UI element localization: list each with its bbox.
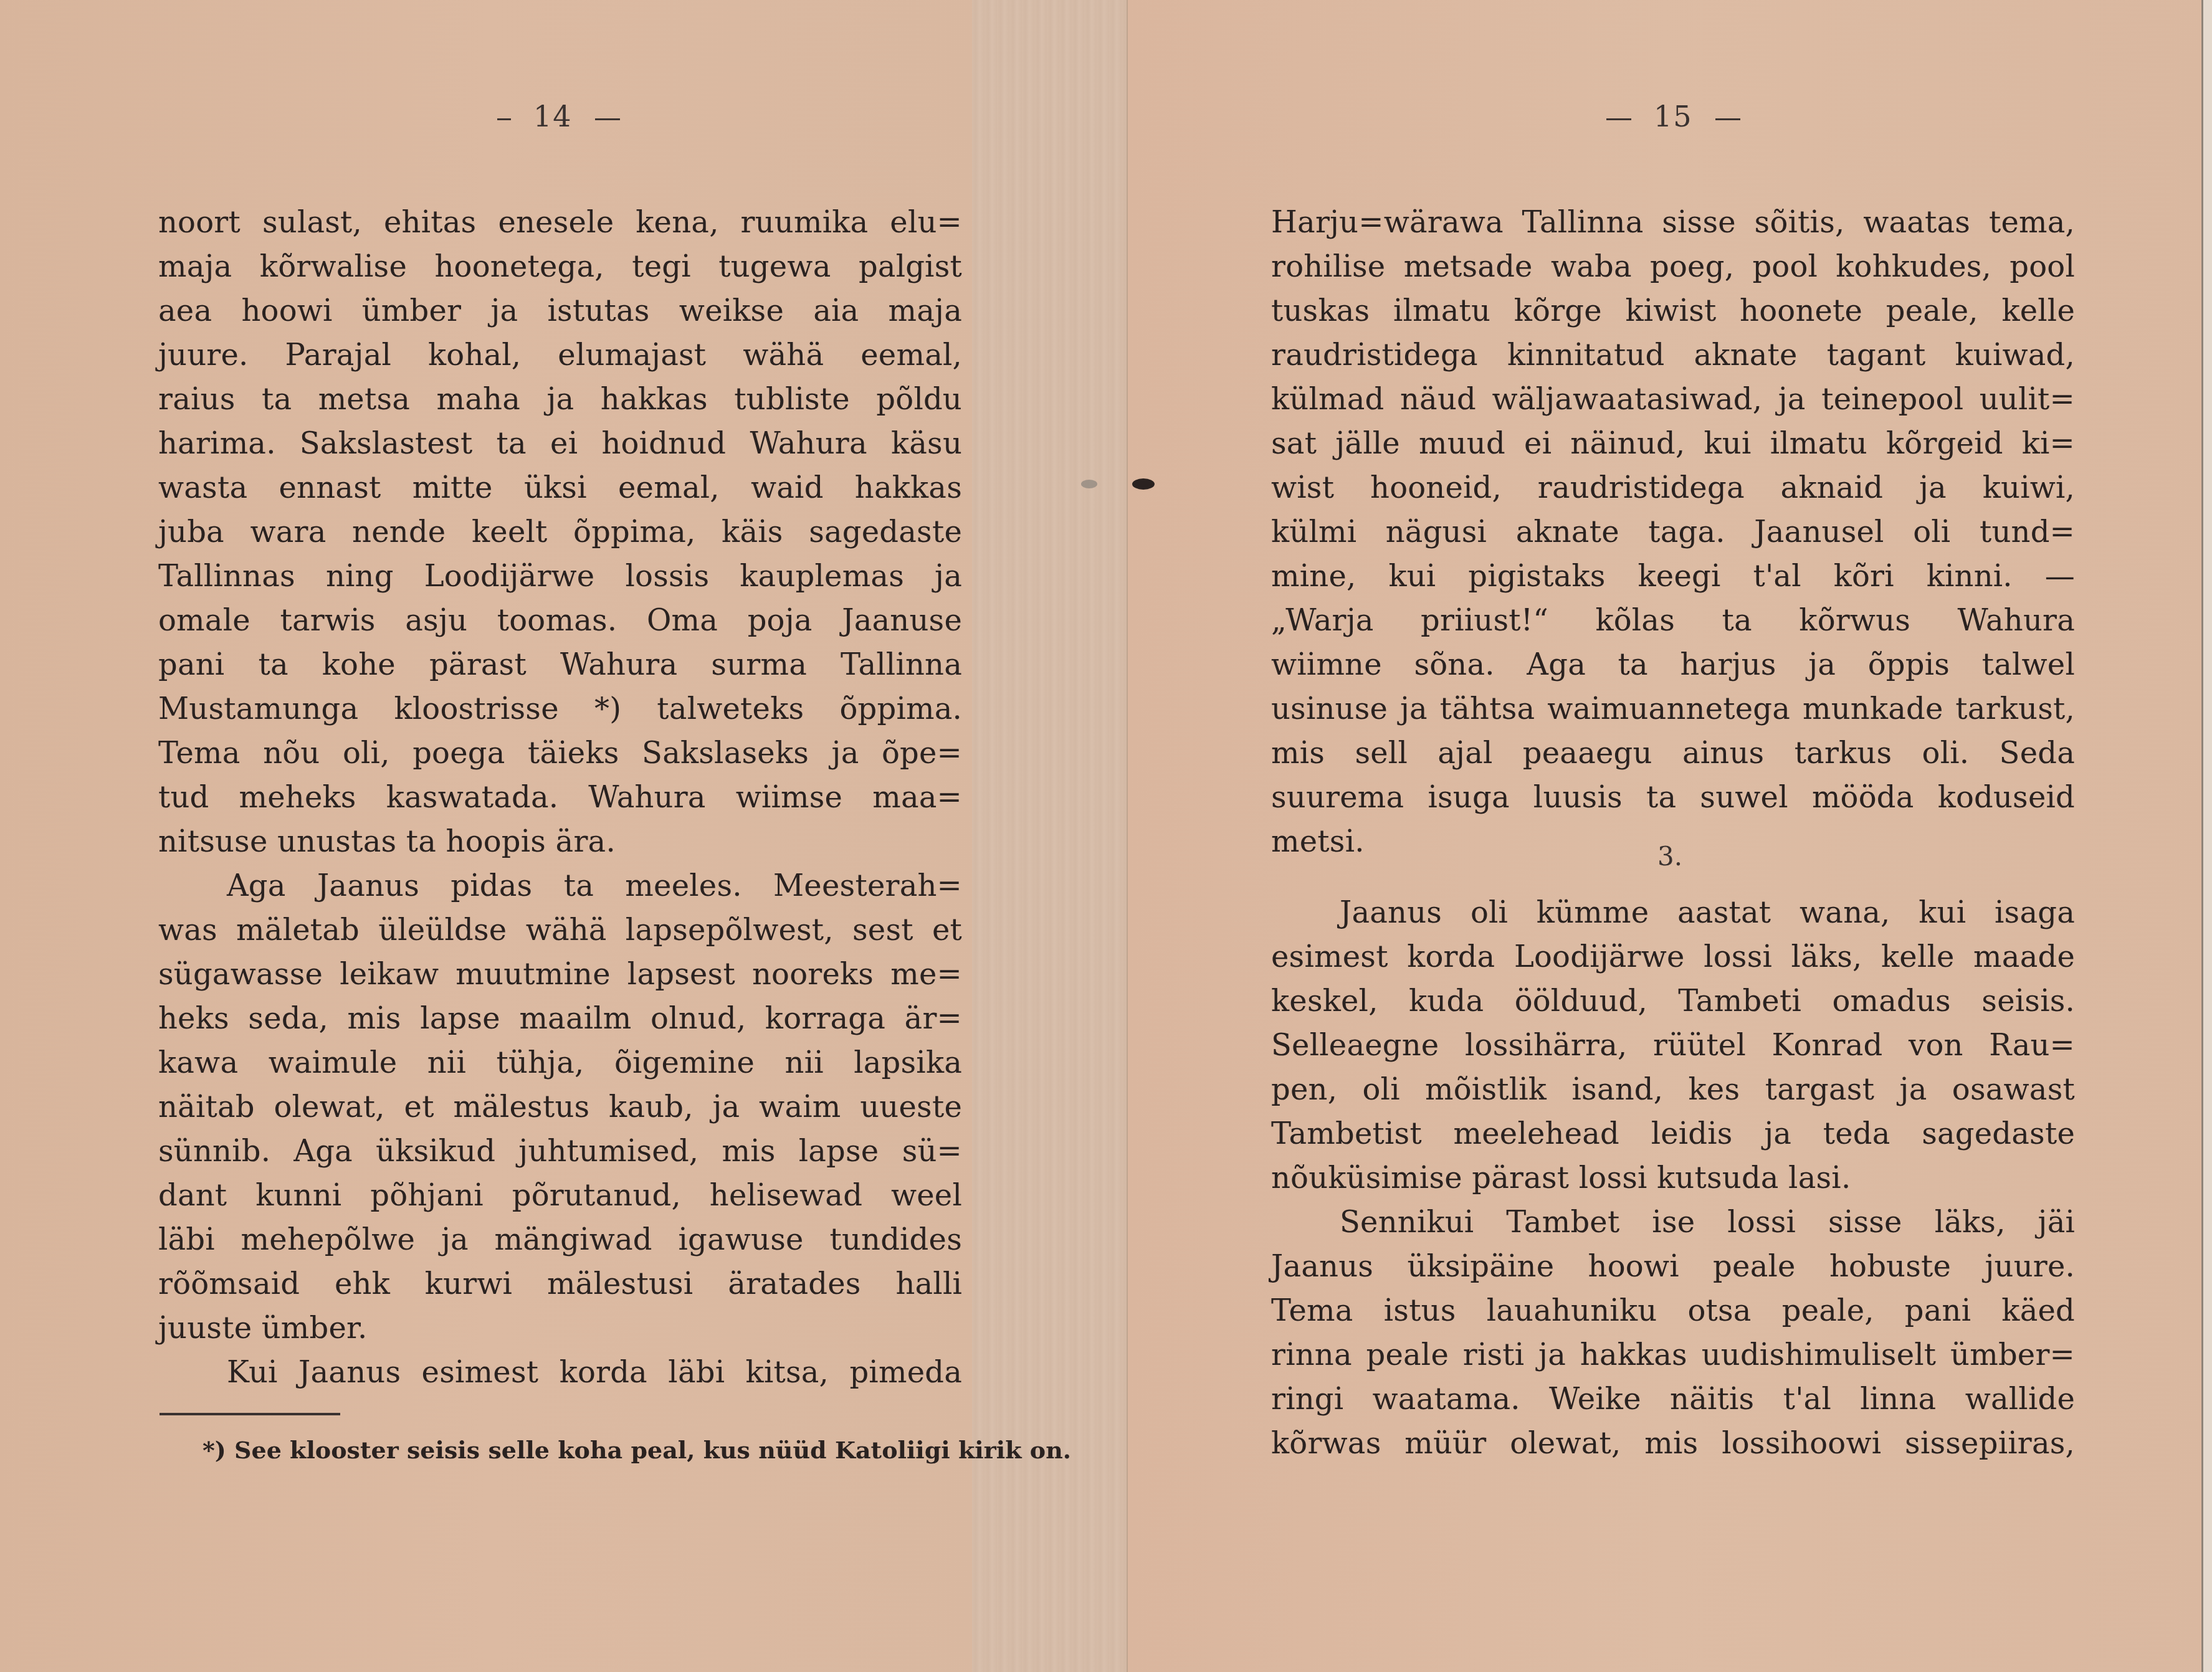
paragraph-start-line: Sennikui Tambet ise lossi sisse läks, jä…	[1271, 1200, 2075, 1245]
ink-spot	[1081, 480, 1097, 488]
text-line: nõuküsimise pärast lossi kutsuda lasi.	[1271, 1156, 2075, 1200]
section-number: 3.	[1657, 841, 1682, 872]
book-gutter	[972, 0, 1128, 1672]
text-line: läbi mehepõlwe ja mängiwad igawuse tundi…	[158, 1218, 962, 1262]
ink-spot	[1132, 478, 1155, 490]
text-line: Jaanus üksipäine hoowi peale hobuste juu…	[1271, 1245, 2075, 1289]
text-line: usinuse ja tähtsa waimuannetega munkade …	[1271, 687, 2075, 731]
text-line: sünnib. Aga üksikud juhtumised, mis laps…	[158, 1129, 962, 1174]
text-line: was mäletab üleüldse wähä lapsepõlwest, …	[158, 908, 962, 952]
text-line: Harju=wärawa Tallinna sisse sõitis, waat…	[1271, 201, 2075, 245]
text-line: nitsuse unustas ta hoopis ära.	[158, 820, 962, 864]
text-line: külmad näud wäljawaatasiwad, ja teinepoo…	[1271, 378, 2075, 422]
text-line: raudristidega kinnitatud aknate tagant k…	[1271, 333, 2075, 378]
text-line: suurema isuga luusis ta suwel mööda kodu…	[1271, 776, 2075, 820]
text-line: dant kunni põhjani põrutanud, helisewad …	[158, 1174, 962, 1218]
right-page-body-text-part-2: Jaanus oli kümme aastat wana, kui isaga …	[1271, 891, 2075, 1466]
text-line: Selleaegne lossihärra, rüütel Konrad von…	[1271, 1024, 2075, 1068]
page-number-text: 15	[1654, 100, 1693, 133]
text-line: aea hoowi ümber ja istutas weikse aia ma…	[158, 289, 962, 333]
text-line: Tambetist meelehead leidis ja teda saged…	[1271, 1112, 2075, 1156]
text-line: Mustamunga kloostrisse *) talweteks õppi…	[158, 687, 962, 731]
text-line: sat jälle muud ei näinud, kui ilmatu kõr…	[1271, 422, 2075, 466]
text-line: wasta ennast mitte üksi eemal, waid hakk…	[158, 466, 962, 510]
text-line: pen, oli mõistlik isand, kes targast ja …	[1271, 1068, 2075, 1112]
text-line: noort sulast, ehitas enesele kena, ruumi…	[158, 201, 962, 245]
page-number-right: 15	[1589, 100, 1758, 133]
text-line: Tema nõu oli, poega täieks Sakslaseks ja…	[158, 731, 962, 776]
text-line: juure. Parajal kohal, elumajast wähä eem…	[158, 333, 962, 378]
text-line: harima. Sakslastest ta ei hoidnud Wahura…	[158, 422, 962, 466]
text-line: maja kõrwalise hoonetega, tegi tugewa pa…	[158, 245, 962, 289]
text-line: esimest korda Loodijärwe lossi läks, kel…	[1271, 935, 2075, 979]
text-line: sügawasse leikaw muutmine lapsest noorek…	[158, 952, 962, 997]
text-line: tud meheks kaswatada. Wahura wiimse maa=	[158, 776, 962, 820]
text-line: juba wara nende keelt õppima, käis saged…	[158, 510, 962, 554]
text-line: heks seda, mis lapse maailm olnud, korra…	[158, 997, 962, 1041]
text-line: raius ta metsa maha ja hakkas tubliste p…	[158, 378, 962, 422]
text-line: juuste ümber.	[158, 1306, 962, 1351]
text-line: näitab olewat, et mälestus kaub, ja waim…	[158, 1085, 962, 1129]
page-number-left: 14	[480, 100, 637, 133]
text-line: rohilise metsade waba poeg, pool kohkude…	[1271, 245, 2075, 289]
footnote-rule	[160, 1413, 340, 1415]
text-line: rõõmsaid ehk kurwi mälestusi äratades ha…	[158, 1262, 962, 1306]
left-page-body-text: noort sulast, ehitas enesele kena, ruumi…	[158, 201, 962, 1395]
book-spread: 14 noort sulast, ehitas enesele kena, ru…	[0, 0, 2212, 1672]
footnote: *) See klooster seisis selle koha peal, …	[203, 1436, 1071, 1464]
paragraph-start-line: Kui Jaanus esimest korda läbi kitsa, pim…	[158, 1351, 962, 1395]
text-line: rinna peale risti ja hakkas uudishimulis…	[1271, 1333, 2075, 1377]
text-line: Tema istus lauahuniku otsa peale, pani k…	[1271, 1289, 2075, 1333]
text-line: Tallinnas ning Loodijärwe lossis kauplem…	[158, 554, 962, 599]
text-line: wist hooneid, raudristidega aknaid ja ku…	[1271, 466, 2075, 510]
text-line: ringi waatama. Weike näitis t'al linna w…	[1271, 1377, 2075, 1422]
text-line: kõrwas müür olewat, mis lossihoowi sisse…	[1271, 1422, 2075, 1466]
text-line: mine, kui pigistaks keegi t'al kõri kinn…	[1271, 554, 2075, 599]
text-line: pani ta kohe pärast Wahura surma Tallinn…	[158, 643, 962, 687]
background-beyond-page	[2203, 0, 2212, 1672]
right-page-body-text-part-1: Harju=wärawa Tallinna sisse sõitis, waat…	[1271, 201, 2075, 864]
text-line: wiimne sõna. Aga ta harjus ja õppis talw…	[1271, 643, 2075, 687]
text-line: „Warja priiust!“ kõlas ta kõrwus Wahura	[1271, 599, 2075, 643]
text-line: keskel, kuda öölduud, Tambeti omadus sei…	[1271, 979, 2075, 1024]
text-line: kawa waimule nii tühja, õigemine nii lap…	[158, 1041, 962, 1085]
text-line: omale tarwis asju toomas. Oma poja Jaanu…	[158, 599, 962, 643]
text-line: külmi nägusi aknate taga. Jaanusel oli t…	[1271, 510, 2075, 554]
page-number-text: 14	[533, 100, 573, 133]
paragraph-start-line: Jaanus oli kümme aastat wana, kui isaga	[1271, 891, 2075, 935]
text-line: mis sell ajal peaaegu ainus tarkus oli. …	[1271, 731, 2075, 776]
paragraph-start-line: Aga Jaanus pidas ta meeles. Meesterah=	[158, 864, 962, 908]
text-line: tuskas ilmatu kõrge kiwist hoonete peale…	[1271, 289, 2075, 333]
